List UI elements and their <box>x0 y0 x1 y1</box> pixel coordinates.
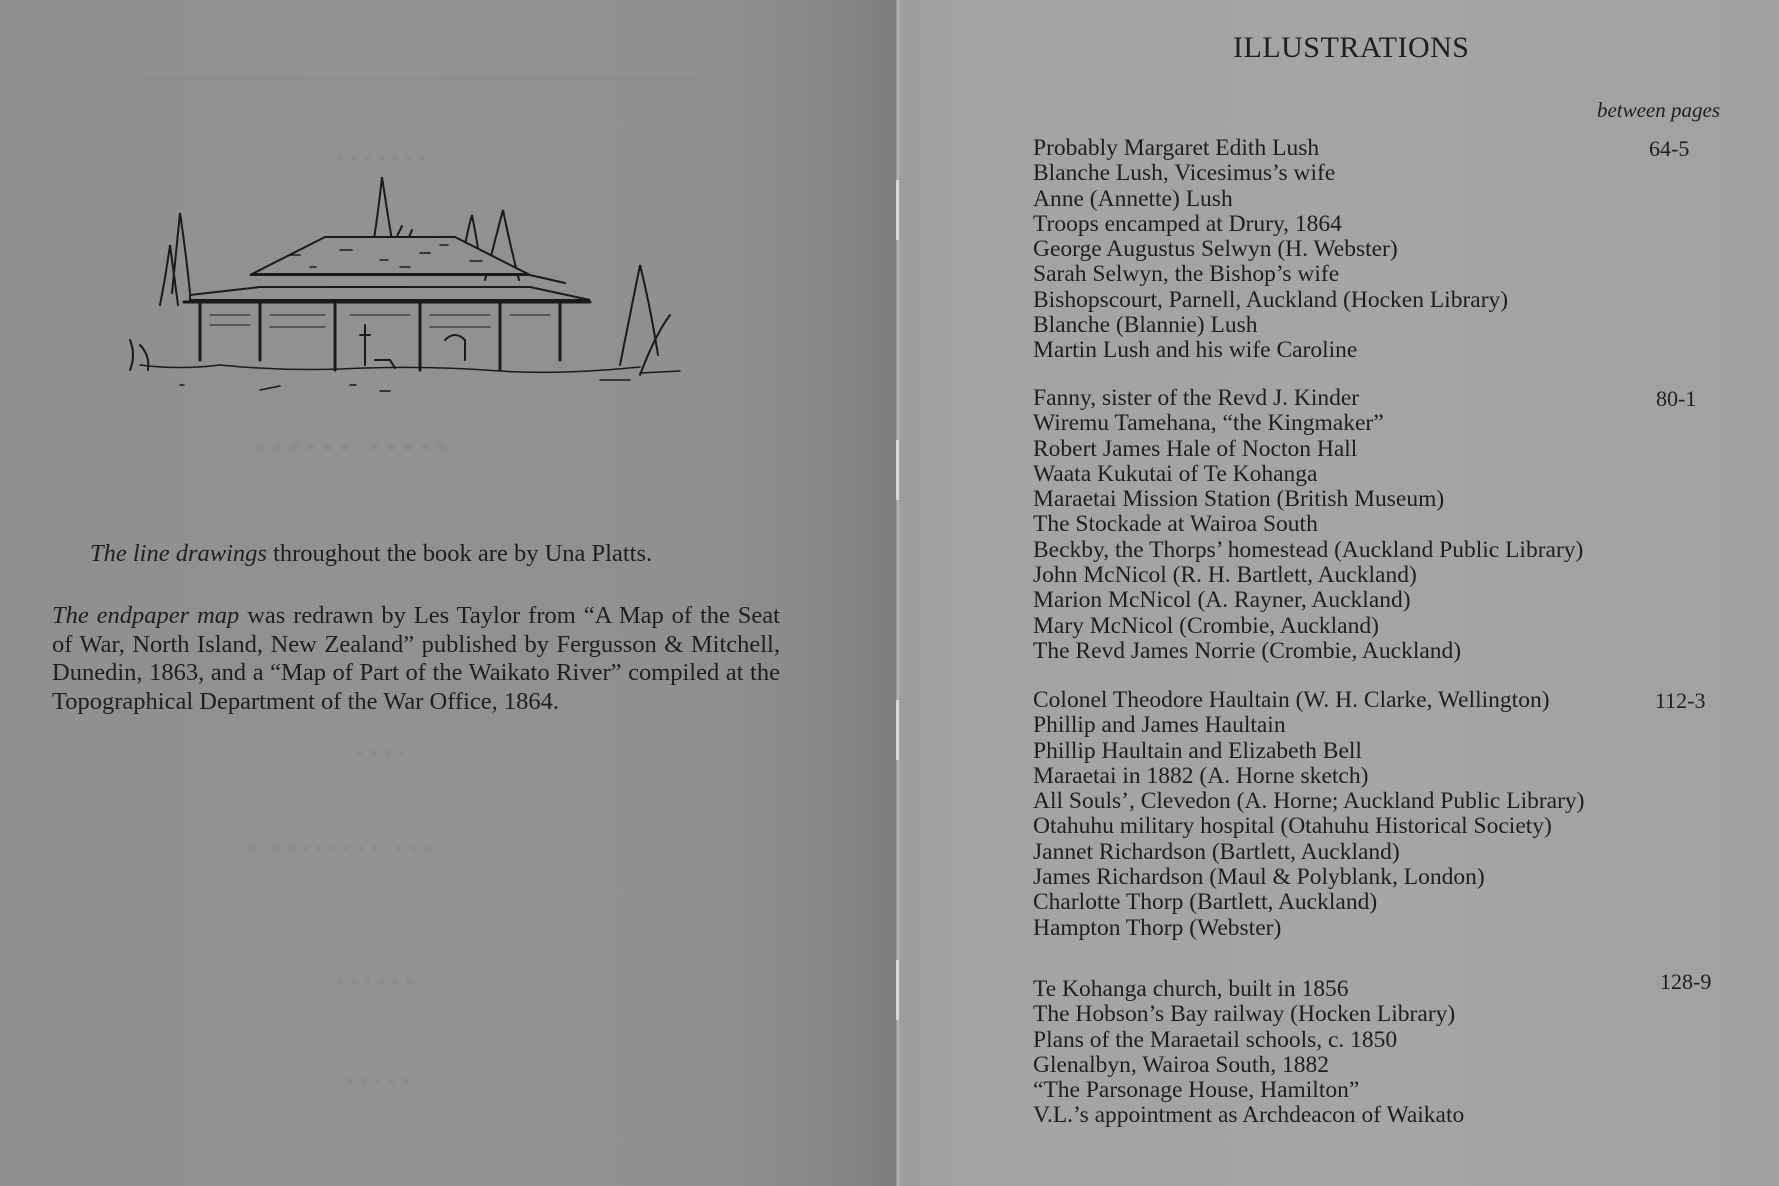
list-item: Phillip Haultain and Elizabeth Bell <box>1033 739 1733 764</box>
list-item: Probably Margaret Edith Lush <box>1033 136 1733 161</box>
page-range: 64-5 <box>1649 136 1689 161</box>
list-item: Hampton Thorp (Webster) <box>1033 916 1733 941</box>
page-range: 112-3 <box>1655 688 1706 713</box>
list-item: Blanche Lush, Vicesimus’s wife <box>1033 161 1733 186</box>
list-item: George Augustus Selwyn (H. Webster) <box>1033 237 1733 262</box>
book-spread: ▪▪▪▪▪▪▪ ▪▪▪▪▪ ▪▪▪▪▪▪ ▪▪▪▪ ▪▪▪ ▪▪▪▪▪▪▪▪▪▪… <box>0 0 1779 1186</box>
binding-thread <box>896 440 899 500</box>
endpaper-map-note: The endpaper map was redrawn by Les Tayl… <box>52 602 780 716</box>
list-item: Phillip and James Haultain <box>1033 713 1733 738</box>
illustration-group: 64-5 Probably Margaret Edith Lush Blanch… <box>1033 136 1733 364</box>
list-item: Robert James Hale of Nocton Hall <box>1033 437 1733 462</box>
list-item: Charlotte Thorp (Bartlett, Auckland) <box>1033 890 1733 915</box>
show-through-rule <box>140 78 700 79</box>
list-item: Fanny, sister of the Revd J. Kinder <box>1033 386 1733 411</box>
list-item: Troops encamped at Drury, 1864 <box>1033 212 1733 237</box>
page-title: ILLUSTRATIONS <box>1233 31 1470 65</box>
caption-text: throughout the book are by Una Platts. <box>267 540 652 567</box>
list-item: The Revd James Norrie (Crombie, Auckland… <box>1033 639 1733 664</box>
list-item: Maraetai Mission Station (British Museum… <box>1033 487 1733 512</box>
list-item: Marion McNicol (A. Rayner, Auckland) <box>1033 588 1733 613</box>
list-item: “The Parsonage House, Hamilton” <box>1033 1078 1733 1103</box>
list-item: The Stockade at Wairoa South <box>1033 512 1733 537</box>
illustration-group: 112-3 Colonel Theodore Haultain (W. H. C… <box>1033 688 1733 941</box>
list-item: Wiremu Tamehana, “the Kingmaker” <box>1033 411 1733 436</box>
show-through-text: ▪▪▪ ▪▪▪▪▪▪▪▪▪▪ <box>240 835 431 861</box>
left-page: ▪▪▪▪▪▪▪ ▪▪▪▪▪ ▪▪▪▪▪▪ ▪▪▪▪ ▪▪▪ ▪▪▪▪▪▪▪▪▪▪… <box>0 0 898 1186</box>
binding-thread <box>896 700 899 760</box>
list-item: The Hobson’s Bay railway (Hocken Library… <box>1033 1002 1733 1027</box>
endpaper-italic: The endpaper map <box>52 602 239 629</box>
show-through-text: ▪▪▪▪▪▪▪ <box>330 145 427 171</box>
list-item: Te Kohanga church, built in 1856 <box>1033 977 1733 1002</box>
list-item: John McNicol (R. H. Bartlett, Auckland) <box>1033 563 1733 588</box>
list-item: Waata Kukutai of Te Kohanga <box>1033 462 1733 487</box>
list-item: Jannet Richardson (Bartlett, Auckland) <box>1033 840 1733 865</box>
list-item: Blanche (Blannie) Lush <box>1033 313 1733 338</box>
list-item: James Richardson (Maul & Polyblank, Lond… <box>1033 865 1733 890</box>
caption-italic: The line drawings <box>90 540 267 567</box>
show-through-text: ▪▪▪▪▪ ▪▪▪▪▪▪ <box>250 430 446 464</box>
list-item: All Souls’, Clevedon (A. Horne; Auckland… <box>1033 789 1733 814</box>
list-item: Maraetai in 1882 (A. Horne sketch) <box>1033 764 1733 789</box>
column-header-between-pages: between pages <box>1597 98 1720 123</box>
page-range: 80-1 <box>1656 386 1696 411</box>
list-item: Plans of the Maraetail schools, c. 1850 <box>1033 1028 1733 1053</box>
list-item: Mary McNicol (Crombie, Auckland) <box>1033 614 1733 639</box>
binding-thread <box>896 960 899 1020</box>
list-item: Martin Lush and his wife Caroline <box>1033 338 1733 363</box>
list-item: Anne (Annette) Lush <box>1033 187 1733 212</box>
show-through-text: ▪▪▪▪ <box>350 740 405 766</box>
illustration-group: 128-9 Te Kohanga church, built in 1856 T… <box>1033 977 1733 1129</box>
illustration-group: 80-1 Fanny, sister of the Revd J. Kinder… <box>1033 386 1733 664</box>
page-range: 128-9 <box>1660 969 1711 994</box>
show-through-text: ▪▪▪▪▪▪ <box>330 968 413 994</box>
show-through-text: ▪▪▪▪▪ <box>340 1068 409 1094</box>
list-item: Sarah Selwyn, the Bishop’s wife <box>1033 262 1733 287</box>
binding-thread <box>896 180 899 240</box>
list-item: Glenalbyn, Wairoa South, 1882 <box>1033 1053 1733 1078</box>
list-item: Beckby, the Thorps’ homestead (Auckland … <box>1033 538 1733 563</box>
house-line-drawing-icon <box>120 175 720 415</box>
list-item: Colonel Theodore Haultain (W. H. Clarke,… <box>1033 688 1733 713</box>
list-item: Otahuhu military hospital (Otahuhu Histo… <box>1033 814 1733 839</box>
line-drawings-credit: The line drawings throughout the book ar… <box>90 540 652 568</box>
list-item: V.L.’s appointment as Archdeacon of Waik… <box>1033 1103 1733 1128</box>
list-item: Bishopscourt, Parnell, Auckland (Hocken … <box>1033 288 1733 313</box>
